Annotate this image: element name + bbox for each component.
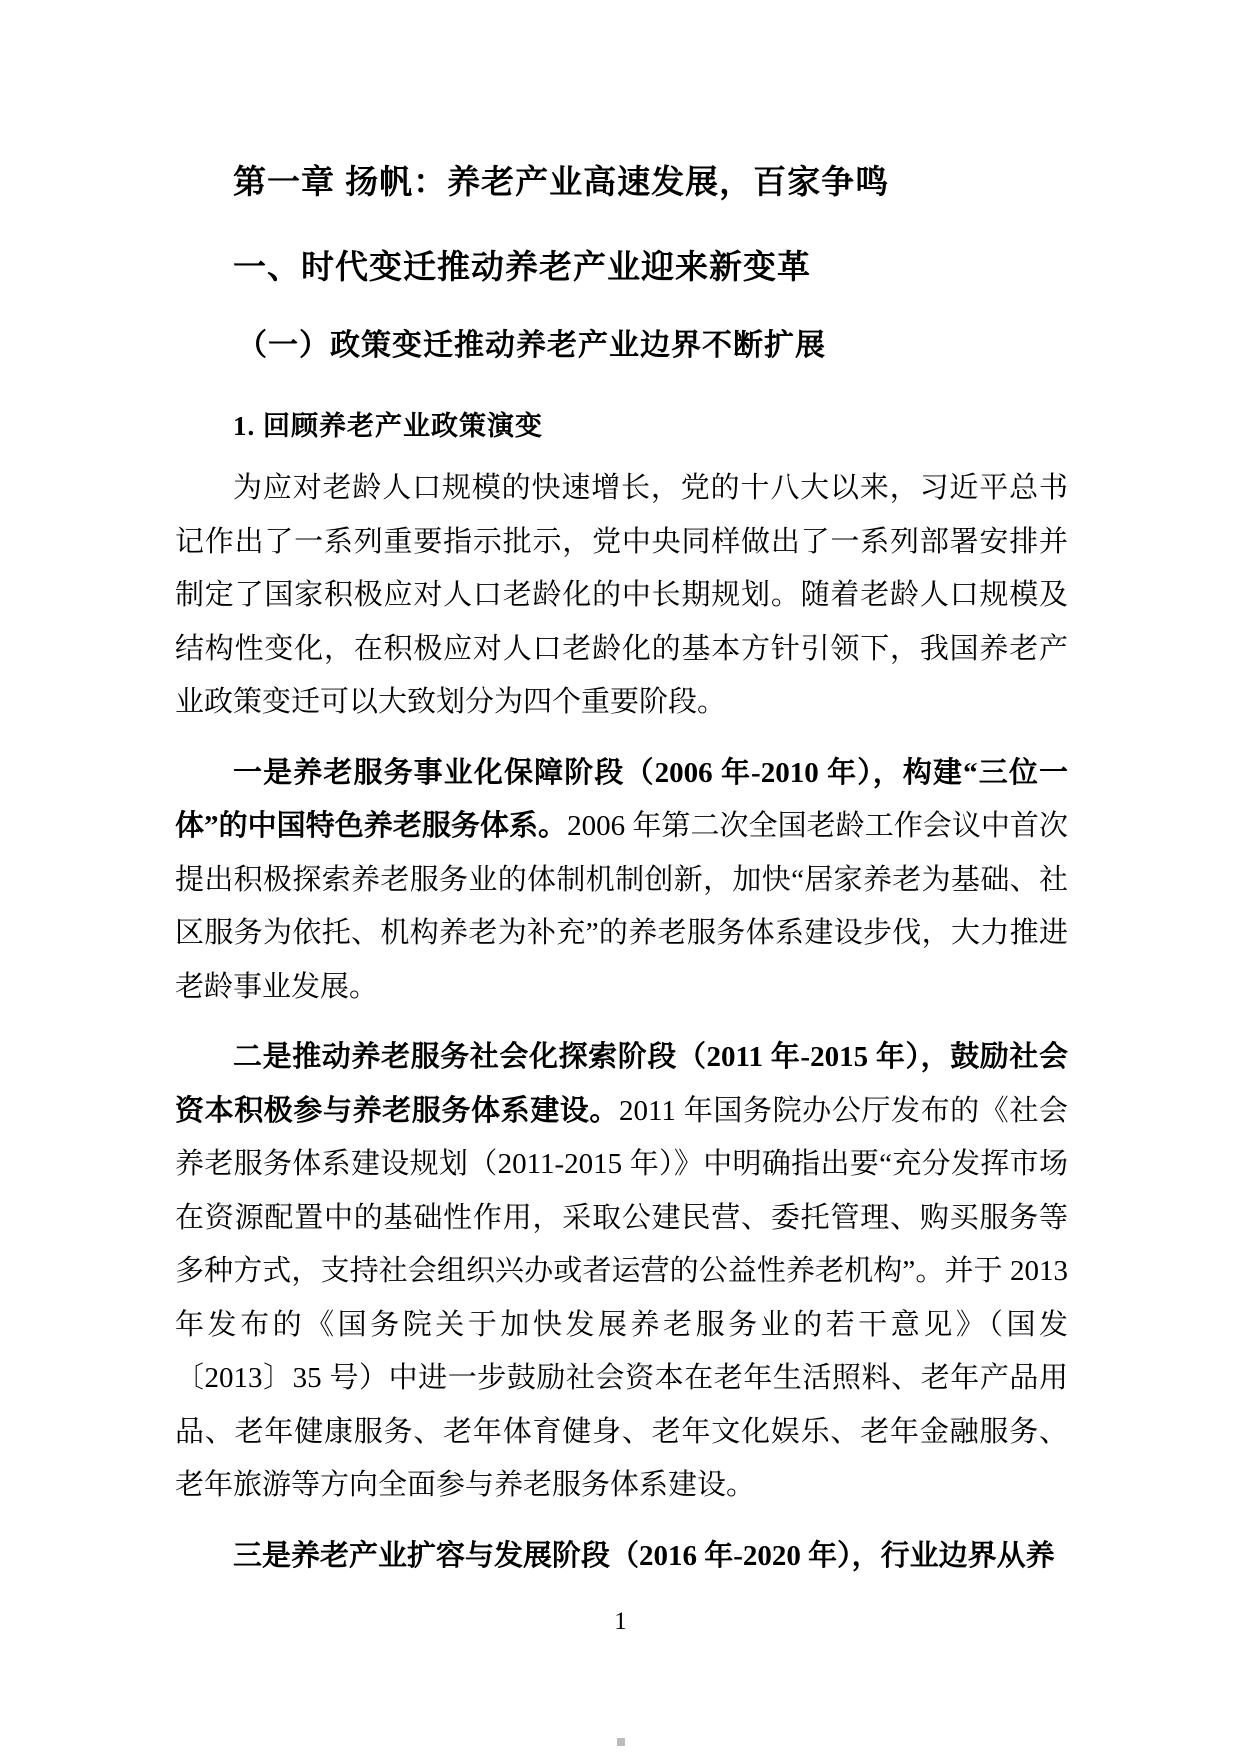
document-content: 第一章 扬帆：养老产业高速发展，百家争鸣 一、时代变迁推动养老产业迎来新变革 （… <box>175 0 1068 1583</box>
subsection-heading: （一）政策变迁推动养老产业边界不断扩展 <box>237 327 1068 365</box>
body-paragraph: 一是养老服务事业化保障阶段（2006 年-2010 年），构建“三位一体”的中国… <box>175 747 1068 1015</box>
body-paragraph: 二是推动养老服务社会化探索阶段（2011 年-2015 年），鼓励社会资本积极参… <box>175 1031 1068 1513</box>
document-page: 第一章 扬帆：养老产业高速发展，百家争鸣 一、时代变迁推动养老产业迎来新变革 （… <box>0 0 1241 1754</box>
footer-artifact-dot <box>617 1738 625 1746</box>
point-heading: 1. 回顾养老产业政策演变 <box>233 409 1068 443</box>
chapter-title: 第一章 扬帆：养老产业高速发展，百家争鸣 <box>233 162 1068 202</box>
body-paragraphs: 为应对老龄人口规模的快速增长，党的十八大以来，习近平总书记作出了一系列重要指示批… <box>175 462 1068 1583</box>
text-run: 2011 年国务院办公厅发布的《社会养老服务体系建设规划（2011-2015 年… <box>175 1095 1068 1502</box>
bold-text-run: 三是养老产业扩容与发展阶段（2016 年-2020 年），行业边界从养 <box>233 1540 1055 1572</box>
text-run: 为应对老龄人口规模的快速增长，党的十八大以来，习近平总书记作出了一系列重要指示批… <box>175 472 1068 718</box>
body-paragraph: 三是养老产业扩容与发展阶段（2016 年-2020 年），行业边界从养 <box>175 1530 1068 1584</box>
body-paragraph: 为应对老龄人口规模的快速增长，党的十八大以来，习近平总书记作出了一系列重要指示批… <box>175 462 1068 730</box>
section-heading: 一、时代变迁推动养老产业迎来新变革 <box>233 247 1068 287</box>
page-number: 1 <box>0 1606 1241 1638</box>
